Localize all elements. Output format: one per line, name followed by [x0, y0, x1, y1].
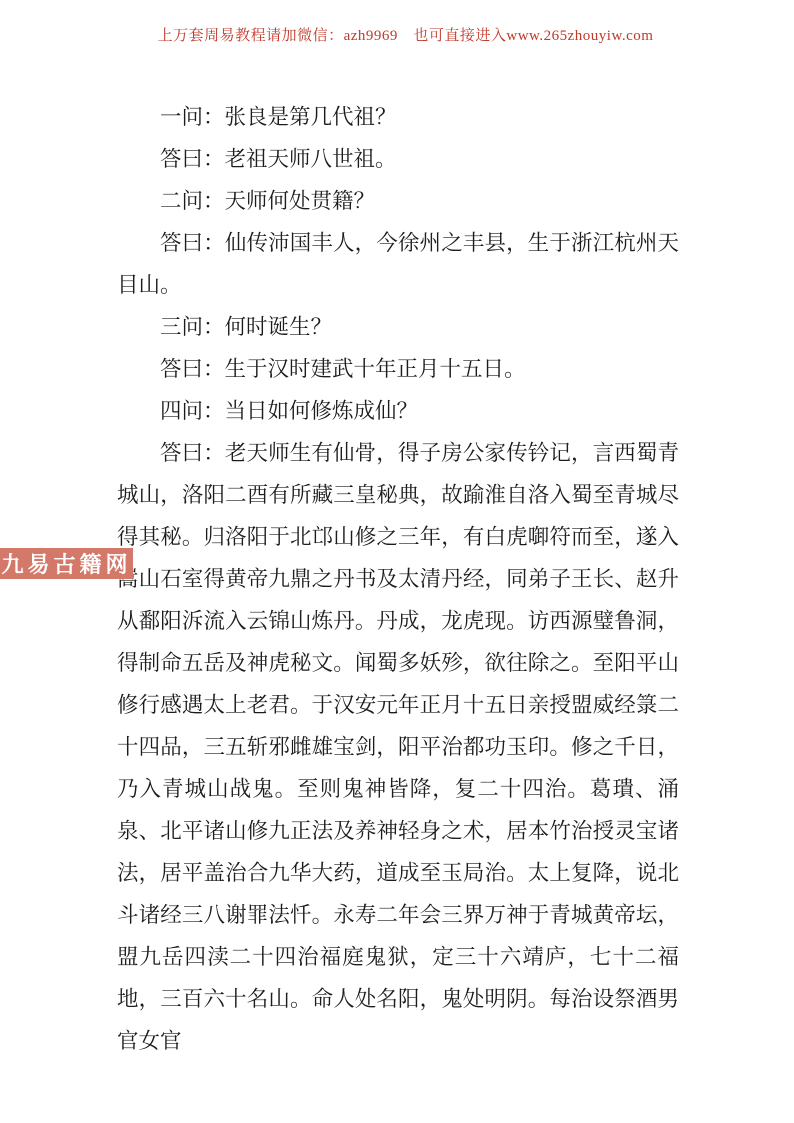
- promo-header: 上万套周易教程请加微信：azh9969 也可直接进入www.265zhouyiw…: [0, 7, 794, 62]
- answer-3: 答曰：生于汉时建武十年正月十五日。: [117, 348, 679, 390]
- watermark-banner: 九易古籍网: [0, 548, 133, 579]
- answer-4: 答曰：老天师生有仙骨，得子房公家传钤记，言西蜀青城山，洛阳二酉有所藏三皇秘典，故…: [117, 432, 679, 1062]
- question-3: 三问：何时诞生？: [117, 306, 679, 348]
- question-1: 一问：张良是第几代祖？: [117, 96, 679, 138]
- watermark-text: 九易古籍网: [1, 548, 131, 579]
- document-page: 上万套周易教程请加微信：azh9969 也可直接进入www.265zhouyiw…: [0, 0, 794, 1123]
- answer-2: 答曰：仙传沛国丰人，今徐州之丰县，生于浙江杭州天目山。: [117, 222, 679, 306]
- question-2: 二问：天师何处贯籍？: [117, 180, 679, 222]
- question-4: 四问：当日如何修炼成仙？: [117, 390, 679, 432]
- promo-header-text: 上万套周易教程请加微信：azh9969 也可直接进入www.265zhouyiw…: [158, 28, 654, 44]
- document-body: 一问：张良是第几代祖？ 答曰：老祖天师八世祖。 二问：天师何处贯籍？ 答曰：仙传…: [117, 96, 679, 1062]
- answer-1: 答曰：老祖天师八世祖。: [117, 138, 679, 180]
